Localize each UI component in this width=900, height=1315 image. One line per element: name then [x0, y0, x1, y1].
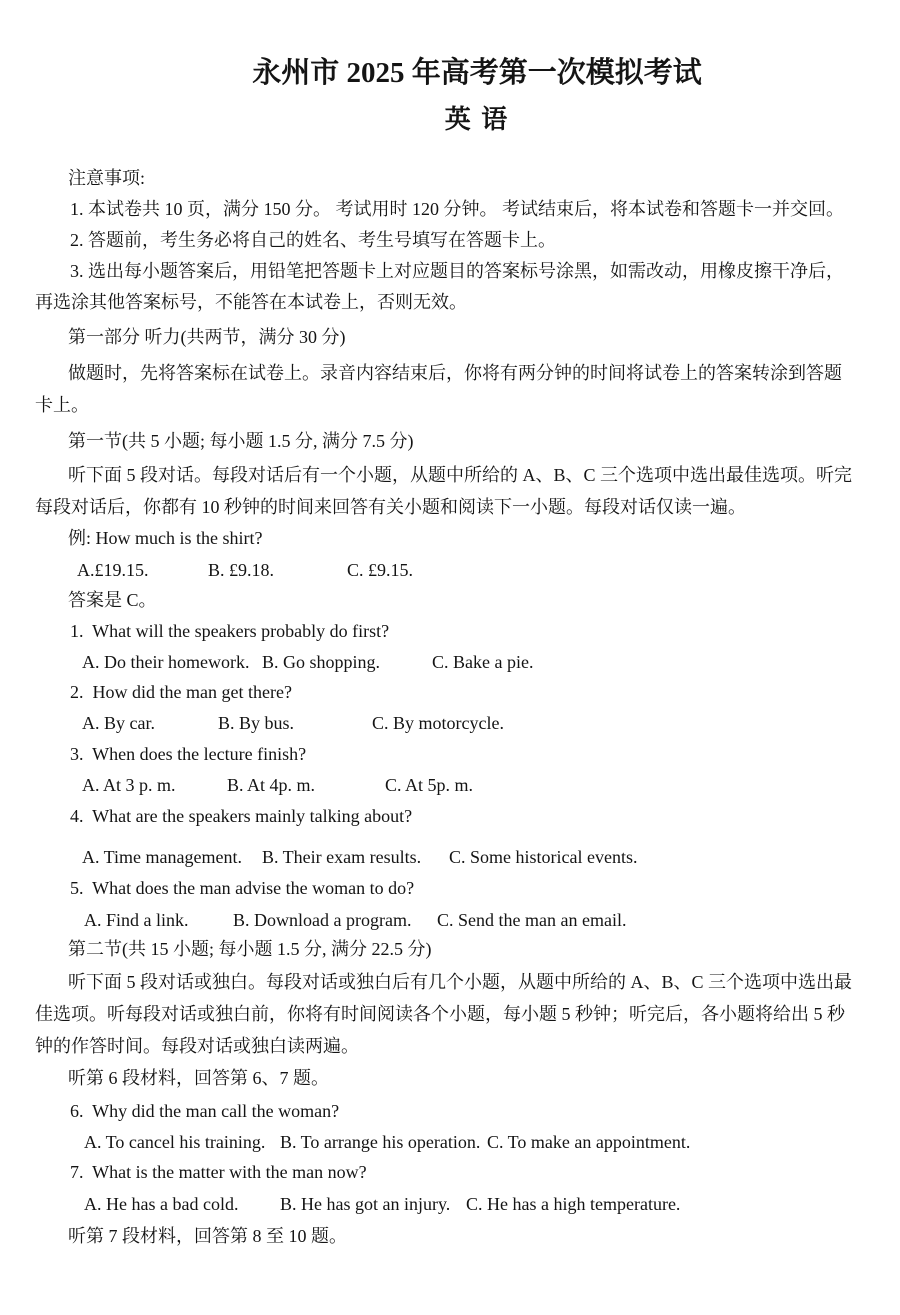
notice-item: 1. 本试卷共 10 页，满分 150 分。 考试用时 120 分钟。 考试结束… [70, 198, 844, 220]
question-line: 5. What does the man advise the woman to… [70, 877, 414, 899]
option-item: C. £9.15. [347, 559, 413, 581]
option-item: B. Their exam results. [262, 846, 421, 868]
option-item: A. Find a link. [84, 909, 189, 931]
continuation-line: 钟的作答时间。每段对话或独白读两遍。 [35, 1035, 359, 1057]
subsection-heading: 第二节(共 15 小题; 每小题 1.5 分, 满分 22.5 分) [68, 938, 432, 960]
option-item: A. At 3 p. m. [82, 774, 176, 796]
option-item: A. He has a bad cold. [84, 1193, 238, 1215]
option-item: B. At 4p. m. [227, 774, 315, 796]
material-prompt: 听第 6 段材料，回答第 6、7 题。 [68, 1067, 329, 1089]
options-row: A. He has a bad cold.B. He has got an in… [0, 1193, 900, 1215]
section-heading: 第一部分 听力(共两节，满分 30 分) [68, 326, 346, 348]
notice-item: 2. 答题前，考生务必将自己的姓名、考生号填写在答题卡上。 [70, 229, 556, 251]
question-line: 7. What is the matter with the man now? [70, 1161, 367, 1183]
option-item: A. Do their homework. [82, 651, 249, 673]
question-line: 3. When does the lecture finish? [70, 743, 306, 765]
options-row: A. To cancel his training.B. To arrange … [0, 1131, 900, 1153]
option-item: A.£19.15. [77, 559, 149, 581]
options-row: A. Do their homework.B. Go shopping.C. B… [0, 651, 900, 673]
option-item: C. At 5p. m. [385, 774, 473, 796]
subsection-heading: 第一节(共 5 小题; 每小题 1.5 分, 满分 7.5 分) [68, 430, 414, 452]
option-item: C. Send the man an email. [437, 909, 626, 931]
options-row: A. By car.B. By bus.C. By motorcycle. [0, 712, 900, 734]
option-item: C. To make an appointment. [487, 1131, 690, 1153]
continuation-line: 再选涂其他答案标号，不能答在本试卷上，否则无效。 [35, 291, 467, 313]
question-line: 1. What will the speakers probably do fi… [70, 620, 389, 642]
option-item: B. Go shopping. [262, 651, 380, 673]
question-line: 2. How did the man get there? [70, 681, 292, 703]
option-item: C. By motorcycle. [372, 712, 504, 734]
options-row: A. Find a link.B. Download a program.C. … [0, 909, 900, 931]
option-item: C. Some historical events. [449, 846, 637, 868]
option-item: B. To arrange his operation. [280, 1131, 480, 1153]
exam-page: 永州市 2025 年高考第一次模拟考试 英 语 注意事项:1. 本试卷共 10 … [0, 0, 900, 1315]
options-row: A. Time management.B. Their exam results… [0, 846, 900, 868]
paragraph-line: 听下面 5 段对话。每段对话后有一个小题，从题中所给的 A、B、C 三个选项中选… [68, 464, 852, 486]
option-item: B. By bus. [218, 712, 294, 734]
notice-heading: 注意事项: [68, 167, 145, 189]
question-line: 6. Why did the man call the woman? [70, 1100, 339, 1122]
page-subtitle: 英 语 [54, 99, 900, 136]
option-item: A. To cancel his training. [84, 1131, 265, 1153]
option-item: A. By car. [82, 712, 155, 734]
paragraph-line: 听下面 5 段对话或独白。每段对话或独白后有几个小题，从题中所给的 A、B、C … [68, 971, 852, 993]
option-item: C. He has a high temperature. [466, 1193, 680, 1215]
option-item: A. Time management. [82, 846, 242, 868]
continuation-line: 每段对话后，你都有 10 秒钟的时间来回答有关小题和阅读下一小题。每段对话仅读一… [35, 496, 746, 518]
answer-line: 答案是 C。 [68, 589, 157, 611]
continuation-line: 佳选项。听每段对话或独白前，你将有时间阅读各个小题，每小题 5 秒钟；听完后，各… [35, 1003, 845, 1025]
option-item: B. Download a program. [233, 909, 411, 931]
option-item: C. Bake a pie. [432, 651, 533, 673]
page-title: 永州市 2025 年高考第一次模拟考试 [54, 50, 900, 91]
example-line: 例: How much is the shirt? [68, 527, 262, 549]
option-item: B. £9.18. [208, 559, 274, 581]
options-row: A.£19.15.B. £9.18.C. £9.15. [0, 559, 900, 581]
question-line: 4. What are the speakers mainly talking … [70, 805, 412, 827]
paragraph-line: 做题时，先将答案标在试卷上。录音内容结束后，你将有两分钟的时间将试卷上的答案转涂… [68, 362, 842, 384]
options-row: A. At 3 p. m.B. At 4p. m.C. At 5p. m. [0, 774, 900, 796]
option-item: B. He has got an injury. [280, 1193, 450, 1215]
notice-item: 3. 选出每小题答案后，用铅笔把答题卡上对应题目的答案标号涂黑，如需改动，用橡皮… [70, 260, 844, 282]
continuation-line: 卡上。 [35, 394, 89, 416]
material-prompt: 听第 7 段材料，回答第 8 至 10 题。 [68, 1225, 347, 1247]
